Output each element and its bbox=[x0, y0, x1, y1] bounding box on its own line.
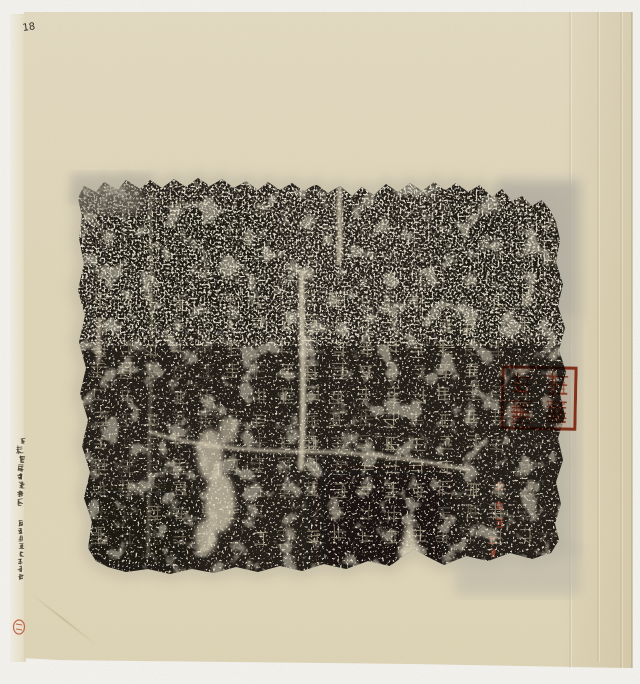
margin-annotation bbox=[16, 438, 25, 579]
oval-stamp bbox=[14, 620, 25, 634]
oval-stamp-ring bbox=[14, 620, 25, 634]
artwork-layer: 18 bbox=[0, 0, 640, 684]
scan-canvas: 18 bbox=[0, 0, 640, 684]
collector-seal-stamp bbox=[502, 367, 576, 430]
oval-stamp-marks bbox=[16, 624, 22, 630]
page-number-mark: 18 bbox=[22, 21, 36, 34]
